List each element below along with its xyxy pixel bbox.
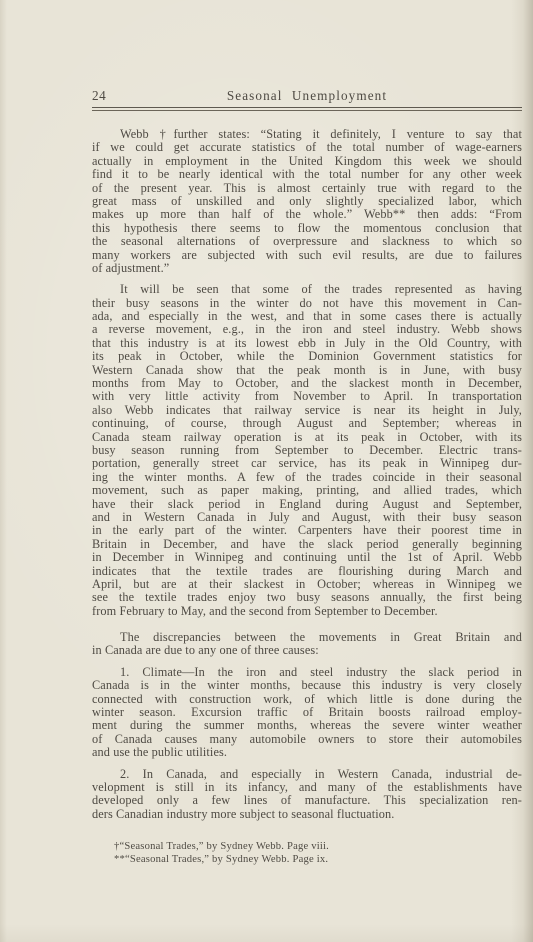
text-line: of Canada causes many automobile owners … (92, 733, 522, 746)
text-line: in December in Winnipeg and continuing u… (92, 551, 522, 564)
header-double-rule (92, 107, 522, 111)
text-line: continuing, of course, through August an… (92, 417, 522, 430)
text-line: this hypothesis there seems to flow the … (92, 222, 522, 235)
text-block: Webb †further states: “Stating it defini… (92, 128, 522, 828)
text-line: many workers are subjected with such evi… (92, 249, 522, 262)
text-line: Western Canada show that the peak month … (92, 364, 522, 377)
page-content: 24 Seasonal Unemployment Webb †further s… (92, 88, 522, 867)
paragraph: It will be seen that some of the trades … (92, 283, 522, 618)
text-line: in the early part of the winter. Carpent… (92, 524, 522, 537)
scanned-book-page: 24 Seasonal Unemployment Webb †further s… (0, 0, 533, 942)
text-line: The discrepancies between the movements … (92, 631, 522, 644)
text-line: if we could get accurate statistics of t… (92, 141, 522, 154)
text-line: ing the winter months. A few of the trad… (92, 471, 522, 484)
paragraph: 2. In Canada, and especially in Western … (92, 768, 522, 822)
text-line: ders Canadian industry more subject to s… (92, 808, 522, 821)
paragraph: 1. Climate—In the iron and steel industr… (92, 666, 522, 760)
text-line: from February to May, and the second fro… (92, 605, 522, 618)
text-line: ada, and especially in the west, and tha… (92, 310, 522, 323)
text-line: of adjustment.” (92, 262, 522, 275)
text-line: winter season. Excursion traffic of Brit… (92, 706, 522, 719)
text-line: that this industry is at its lowest ebb … (92, 337, 522, 350)
text-line: their busy seasons in the winter do not … (92, 297, 522, 310)
footnote-line: †“Seasonal Trades,” by Sydney Webb. Page… (114, 840, 522, 853)
text-line: ment during the summer months, whereas t… (92, 719, 522, 732)
text-line: and use the public utilities. (92, 746, 522, 759)
text-line: have their slack period in England durin… (92, 498, 522, 511)
text-line: 2. In Canada, and especially in Western … (92, 768, 522, 781)
text-line: busy season running from September to De… (92, 444, 522, 457)
text-line: portation, generally street car service,… (92, 457, 522, 470)
text-line: makes up more than half of the whole.” W… (92, 208, 522, 221)
text-line: Canada steam railway operation is at its… (92, 431, 522, 444)
page-number: 24 (92, 88, 152, 104)
text-line: see the textile trades enjoy two busy se… (92, 591, 522, 604)
text-line: a reverse movement, e.g., in the iron an… (92, 323, 522, 336)
text-line: connected with construction work, of whi… (92, 693, 522, 706)
text-line: the seasonal alternations of overpressur… (92, 235, 522, 248)
text-line: 1. Climate—In the iron and steel industr… (92, 666, 522, 679)
text-line: in Canada are due to any one of three ca… (92, 644, 522, 657)
text-line: of the present year. This is almost cert… (92, 182, 522, 195)
text-line: It will be seen that some of the trades … (92, 283, 522, 296)
text-line: and in Western Canada in July and August… (92, 511, 522, 524)
running-header: 24 Seasonal Unemployment (92, 88, 522, 104)
footnote-line: **“Seasonal Trades,” by Sydney Webb. Pag… (114, 853, 522, 866)
footnotes: †“Seasonal Trades,” by Sydney Webb. Page… (92, 840, 522, 866)
page-title: Seasonal Unemployment (152, 88, 462, 104)
text-line: find it to be nearly identical with the … (92, 168, 522, 181)
paragraph: The discrepancies between the movements … (92, 631, 522, 658)
text-line: velopment is still in its infancy, and m… (92, 781, 522, 794)
text-line: months from May to October, and the slac… (92, 377, 522, 390)
text-line: indicates that the textile trades are fl… (92, 565, 522, 578)
text-line: great mass of unskilled and only slightl… (92, 195, 522, 208)
text-line: developed only a few lines of manufactur… (92, 794, 522, 807)
text-line: April, but are at their slackest in Octo… (92, 578, 522, 591)
text-line: movement, such as paper making, printing… (92, 484, 522, 497)
text-line: Webb †further states: “Stating it defini… (92, 128, 522, 141)
text-line: Canada is in the winter months, because … (92, 679, 522, 692)
text-line: actually in employment in the United Kin… (92, 155, 522, 168)
text-line: its peak in October, while the Dominion … (92, 350, 522, 363)
text-line: also Webb indicates that railway service… (92, 404, 522, 417)
text-line: Britain in December, and have the slack … (92, 538, 522, 551)
paragraph: Webb †further states: “Stating it defini… (92, 128, 522, 275)
text-line: with very little activity from November … (92, 390, 522, 403)
